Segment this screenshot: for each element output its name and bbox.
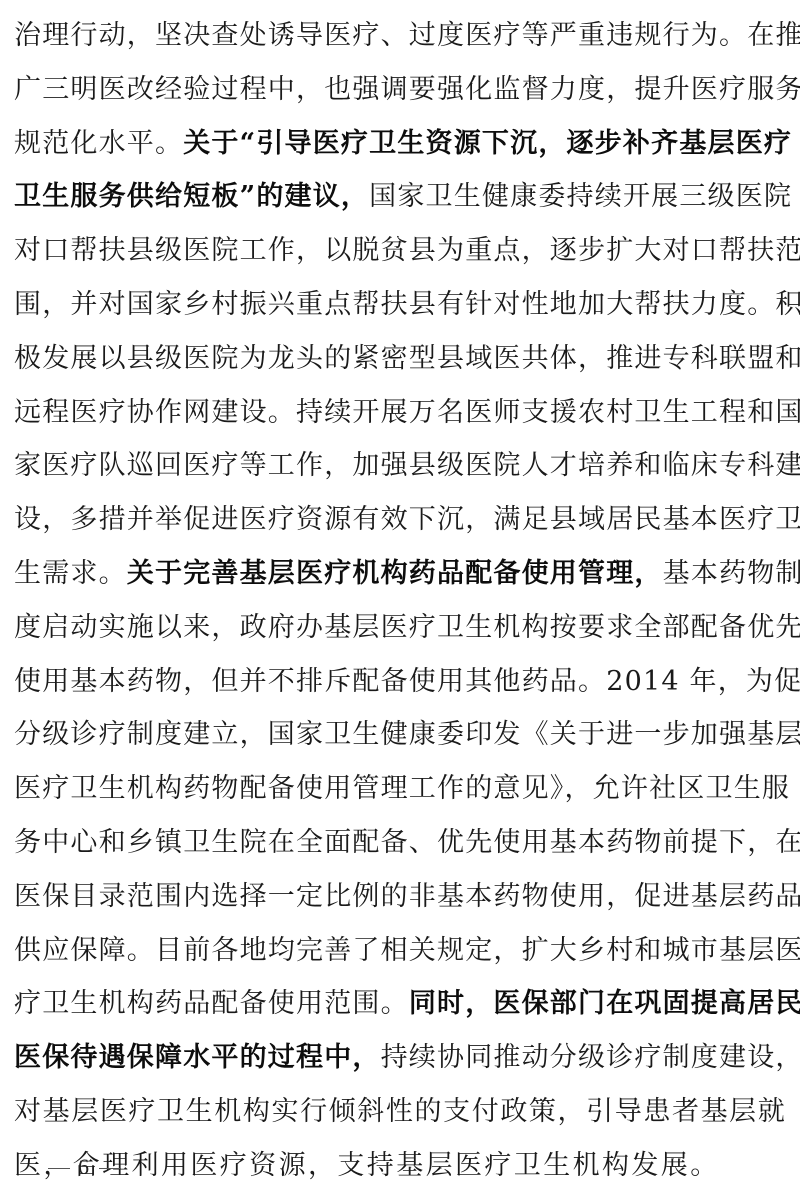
text-line: 家医疗队巡回医疗等工作，加强县级医院人才培养和临床专科建 — [14, 444, 786, 498]
text-line-content: 务中心和乡镇卫生院在全面配备、优先使用基本药物前提下，在 — [14, 821, 786, 875]
text-segment: 远程医疗协作网建设。持续开展万名医师支援农村卫生工程和国 — [14, 397, 800, 428]
text-line-content: 广三明医改经验过程中，也强调要强化监督力度，提升医疗服务 — [14, 68, 786, 122]
text-segment: 持续协同推动分级诊疗制度建设， — [381, 1042, 800, 1073]
text-line: 使用基本药物，但并不排斥配备使用其他药品。2014 年，为促进 — [14, 660, 786, 714]
text-line-content: 极发展以县级医院为龙头的紧密型县域医共体，推进专科联盟和 — [14, 337, 786, 391]
text-segment: 国家卫生健康委持续开展三级医院 — [369, 181, 792, 212]
text-line: 医疗卫生机构药物配备使用管理工作的意见》，允许社区卫生服 — [14, 767, 786, 821]
text-segment: 设，多措并举促进医疗资源有效下沉，满足县域居民基本医疗卫 — [14, 504, 800, 535]
text-segment: 规范化水平。 — [14, 128, 183, 159]
text-segment: 度启动实施以来，政府办基层医疗卫生机构按要求全部配备优先 — [14, 612, 800, 643]
text-line-content: 医保待遇保障水平的过程中，持续协同推动分级诊疗制度建设， — [14, 1036, 786, 1090]
text-line-content: 设，多措并举促进医疗资源有效下沉，满足县域居民基本医疗卫 — [14, 498, 786, 552]
text-line-content: 卫生服务供给短板”的建议，国家卫生健康委持续开展三级医院 — [14, 175, 786, 229]
document-page: 治理行动，坚决查处诱导医疗、过度医疗等严重违规行为。在推广三明医改经验过程中，也… — [0, 0, 800, 1190]
text-segment: 广三明医改经验过程中，也强调要强化监督力度，提升医疗服务 — [14, 74, 800, 105]
text-line: 设，多措并举促进医疗资源有效下沉，满足县域居民基本医疗卫 — [14, 498, 786, 552]
text-line: 供应保障。目前各地均完善了相关规定，扩大乡村和城市基层医 — [14, 929, 786, 983]
bold-text-segment: 同时，医保部门在巩固提高居民 — [409, 988, 800, 1019]
text-line: 规范化水平。关于“引导医疗卫生资源下沉，逐步补齐基层医疗 — [14, 122, 786, 176]
text-line: 分级诊疗制度建立，国家卫生健康委印发《关于进一步加强基层 — [14, 713, 786, 767]
text-line-content: 医，合理利用医疗资源，支持基层医疗卫生机构发展。 — [14, 1144, 786, 1190]
text-segment: 对基层医疗卫生机构实行倾斜性的支付政策，引导患者基层就 — [14, 1096, 786, 1127]
text-line: 对基层医疗卫生机构实行倾斜性的支付政策，引导患者基层就 — [14, 1090, 786, 1144]
text-segment: 生需求。 — [14, 558, 127, 589]
text-segment: 治理行动，坚决查处诱导医疗、过度医疗等严重违规行为。在推 — [14, 20, 800, 51]
bold-text-segment: 医保待遇保障水平的过程中， — [14, 1042, 381, 1073]
text-line: 医保待遇保障水平的过程中，持续协同推动分级诊疗制度建设， — [14, 1036, 786, 1090]
text-line: 医，合理利用医疗资源，支持基层医疗卫生机构发展。 — [14, 1144, 786, 1190]
text-line: 治理行动，坚决查处诱导医疗、过度医疗等严重违规行为。在推 — [14, 14, 786, 68]
bold-text-segment: 关于“引导医疗卫生资源下沉，逐步补齐基层医疗 — [183, 128, 792, 159]
text-segment: 家医疗队巡回医疗等工作，加强县级医院人才培养和临床专科建 — [14, 450, 800, 481]
text-line: 远程医疗协作网建设。持续开展万名医师支援农村卫生工程和国 — [14, 391, 786, 445]
body-text: 治理行动，坚决查处诱导医疗、过度医疗等严重违规行为。在推广三明医改经验过程中，也… — [14, 14, 786, 1190]
bold-text-segment: 关于完善基层医疗机构药品配备使用管理， — [127, 558, 663, 589]
text-line: 广三明医改经验过程中，也强调要强化监督力度，提升医疗服务 — [14, 68, 786, 122]
text-segment: 围，并对国家乡村振兴重点帮扶县有针对性地加大帮扶力度。积 — [14, 289, 800, 320]
text-line-content: 治理行动，坚决查处诱导医疗、过度医疗等严重违规行为。在推 — [14, 14, 786, 68]
text-line-content: 生需求。关于完善基层医疗机构药品配备使用管理，基本药物制 — [14, 552, 786, 606]
text-line: 疗卫生机构药品配备使用范围。同时，医保部门在巩固提高居民 — [14, 982, 786, 1036]
page-number-right-dash — [99, 1168, 121, 1169]
text-segment: 对口帮扶县级医院工作，以脱贫县为重点，逐步扩大对口帮扶范 — [14, 235, 800, 266]
text-line: 围，并对国家乡村振兴重点帮扶县有针对性地加大帮扶力度。积 — [14, 283, 786, 337]
text-segment: 供应保障。目前各地均完善了相关规定，扩大乡村和城市基层医 — [14, 935, 800, 966]
text-line-content: 围，并对国家乡村振兴重点帮扶县有针对性地加大帮扶力度。积 — [14, 283, 786, 337]
text-line-content: 规范化水平。关于“引导医疗卫生资源下沉，逐步补齐基层医疗 — [14, 122, 786, 176]
text-segment: 医保目录范围内选择一定比例的非基本药物使用，促进基层药品 — [14, 881, 800, 912]
text-line: 对口帮扶县级医院工作，以脱贫县为重点，逐步扩大对口帮扶范 — [14, 229, 786, 283]
text-segment: 极发展以县级医院为龙头的紧密型县域医共体，推进专科联盟和 — [14, 343, 800, 374]
page-number: 6 — [40, 1152, 129, 1182]
text-line: 生需求。关于完善基层医疗机构药品配备使用管理，基本药物制 — [14, 552, 786, 606]
text-line: 务中心和乡镇卫生院在全面配备、优先使用基本药物前提下，在 — [14, 821, 786, 875]
page-number-value: 6 — [78, 1154, 91, 1179]
text-line-content: 远程医疗协作网建设。持续开展万名医师支援农村卫生工程和国 — [14, 391, 786, 445]
text-line-content: 供应保障。目前各地均完善了相关规定，扩大乡村和城市基层医 — [14, 929, 786, 983]
text-line-content: 使用基本药物，但并不排斥配备使用其他药品。2014 年，为促进 — [14, 660, 786, 714]
text-line-content: 医疗卫生机构药物配备使用管理工作的意见》，允许社区卫生服 — [14, 767, 786, 821]
text-segment: 使用基本药物，但并不排斥配备使用其他药品。2014 年，为促进 — [14, 666, 800, 697]
text-line-content: 医保目录范围内选择一定比例的非基本药物使用，促进基层药品 — [14, 875, 786, 929]
bold-text-segment: 卫生服务供给短板”的建议， — [14, 181, 369, 212]
text-line-content: 家医疗队巡回医疗等工作，加强县级医院人才培养和临床专科建 — [14, 444, 786, 498]
text-segment: 基本药物制 — [663, 558, 800, 589]
text-line: 医保目录范围内选择一定比例的非基本药物使用，促进基层药品 — [14, 875, 786, 929]
text-line-content: 对口帮扶县级医院工作，以脱贫县为重点，逐步扩大对口帮扶范 — [14, 229, 786, 283]
text-line-content: 分级诊疗制度建立，国家卫生健康委印发《关于进一步加强基层 — [14, 713, 786, 767]
text-line: 度启动实施以来，政府办基层医疗卫生机构按要求全部配备优先 — [14, 606, 786, 660]
text-line-content: 度启动实施以来，政府办基层医疗卫生机构按要求全部配备优先 — [14, 606, 786, 660]
text-segment: 分级诊疗制度建立，国家卫生健康委印发《关于进一步加强基层 — [14, 719, 800, 750]
text-line-content: 疗卫生机构药品配备使用范围。同时，医保部门在巩固提高居民 — [14, 982, 786, 1036]
text-segment: 疗卫生机构药品配备使用范围。 — [14, 988, 409, 1019]
text-line: 极发展以县级医院为龙头的紧密型县域医共体，推进专科联盟和 — [14, 337, 786, 391]
text-line: 卫生服务供给短板”的建议，国家卫生健康委持续开展三级医院 — [14, 175, 786, 229]
text-line-content: 对基层医疗卫生机构实行倾斜性的支付政策，引导患者基层就 — [14, 1090, 786, 1144]
text-segment: 医疗卫生机构药物配备使用管理工作的意见》，允许社区卫生服 — [14, 773, 790, 804]
text-segment: 务中心和乡镇卫生院在全面配备、优先使用基本药物前提下，在 — [14, 827, 800, 858]
page-number-left-dash — [48, 1168, 70, 1169]
